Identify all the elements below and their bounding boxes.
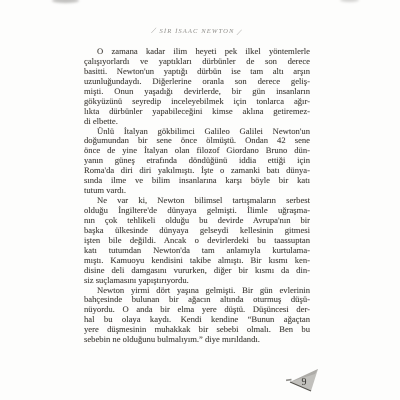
paragraph: O zamana kadar ilim heyeti pek ilkel yön… — [84, 47, 310, 127]
text-line: sında ilme ve bilim insanlarına karşı bö… — [84, 176, 310, 186]
text-line: disine deli damgasını vururken, diğer bi… — [84, 266, 310, 276]
paragraph: Newton yirmi dört yaşına gelmişti. Bir g… — [84, 286, 310, 346]
page-number: 9 — [302, 377, 307, 388]
text-line: Ne var ki, Newton bilimsel tartışmaların… — [84, 196, 310, 206]
text-line: tutum vardı. — [84, 186, 310, 196]
running-header: ⁄SİR İSAAC NEWTON⁄ — [84, 26, 310, 35]
text-line: mişti. Onun yaşadığı devirlerde, bir gün… — [84, 87, 310, 97]
scan-artifact — [340, 0, 359, 2]
text-line: mıştı. Kamuoyu kendisini takibe almıştı.… — [84, 256, 310, 266]
text-line: Newton yirmi dört yaşına gelmişti. Bir g… — [84, 286, 310, 296]
header-slash-ornament-right: ⁄ — [233, 28, 245, 37]
running-header-title: SİR İSAAC NEWTON — [160, 28, 235, 35]
text-line: nüyordu. O anda bir elma yere düştü. Düş… — [84, 305, 310, 315]
text-line: basitti. Newton'un yaptığı dürbün ise ta… — [84, 67, 310, 77]
text-line: Roma'da diri diri yakılmıştı. İşte o zam… — [84, 166, 310, 176]
text-line: yanın güneş etrafında döndüğünü iddia et… — [84, 156, 310, 166]
scan-artifact — [52, 0, 79, 3]
text-line: Ünlü İtalyan gökbilimci Galileo Galilei … — [84, 127, 310, 137]
pennant-icon: 9 — [286, 366, 320, 392]
text-line: siz suçlamasını yapıştırıyordu. — [84, 276, 310, 286]
paragraph: Ünlü İtalyan gökbilimci Galileo Galilei … — [84, 127, 310, 197]
text-line: katı tutumdan Newton'da tam anlamıyla ku… — [84, 246, 310, 256]
text-line: önce de yine İtalyan olan filozof Giorda… — [84, 146, 310, 156]
header-slash-ornament-left: ⁄ — [148, 26, 160, 35]
page-body: O zamana kadar ilim heyeti pek ilkel yön… — [84, 47, 310, 345]
text-line: lıkta dürbünler yapabileceğini kimse akl… — [84, 107, 310, 117]
text-line: çalışıyorlardı ve yaptıkları dürbünler d… — [84, 57, 310, 67]
text-line: uzunluğundaydı. Diğerlerine oranla son d… — [84, 77, 310, 87]
text-line: bahçesinde bulunan bir ağacın altında ot… — [84, 295, 310, 305]
text-line: doğumundan bir sene önce ölmüştü. Ondan … — [84, 136, 310, 146]
text-line: olduğu İngiltere'de dünyaya gelmişti. İl… — [84, 206, 310, 216]
text-line: O zamana kadar ilim heyeti pek ilkel yön… — [84, 47, 310, 57]
text-line: gökyüzünü seyredip inceleyebilmek için t… — [84, 97, 310, 107]
text-line: işten bile değildi. Ancak o devirlerdeki… — [84, 236, 310, 246]
book-page: ⁄SİR İSAAC NEWTON⁄ O zamana kadar ilim h… — [0, 0, 400, 400]
text-line: di elbette. — [84, 117, 310, 127]
paragraph: Ne var ki, Newton bilimsel tartışmaların… — [84, 196, 310, 285]
text-line: hal bu olaya kaydı. Kendi kendine “Bunun… — [84, 315, 310, 325]
text-line: başka ülkesinde dünyaya gelseydi kellesi… — [84, 226, 310, 236]
text-line: nın çok tehlikeli olduğu bu devirde Avru… — [84, 216, 310, 226]
text-line: yere düşmesinin muhakkak bir sebebi olma… — [84, 325, 310, 335]
text-line: sebebin ne olduğunu bulmalıyım.” diye mı… — [84, 335, 310, 345]
page-number-ornament: 9 — [286, 366, 320, 392]
